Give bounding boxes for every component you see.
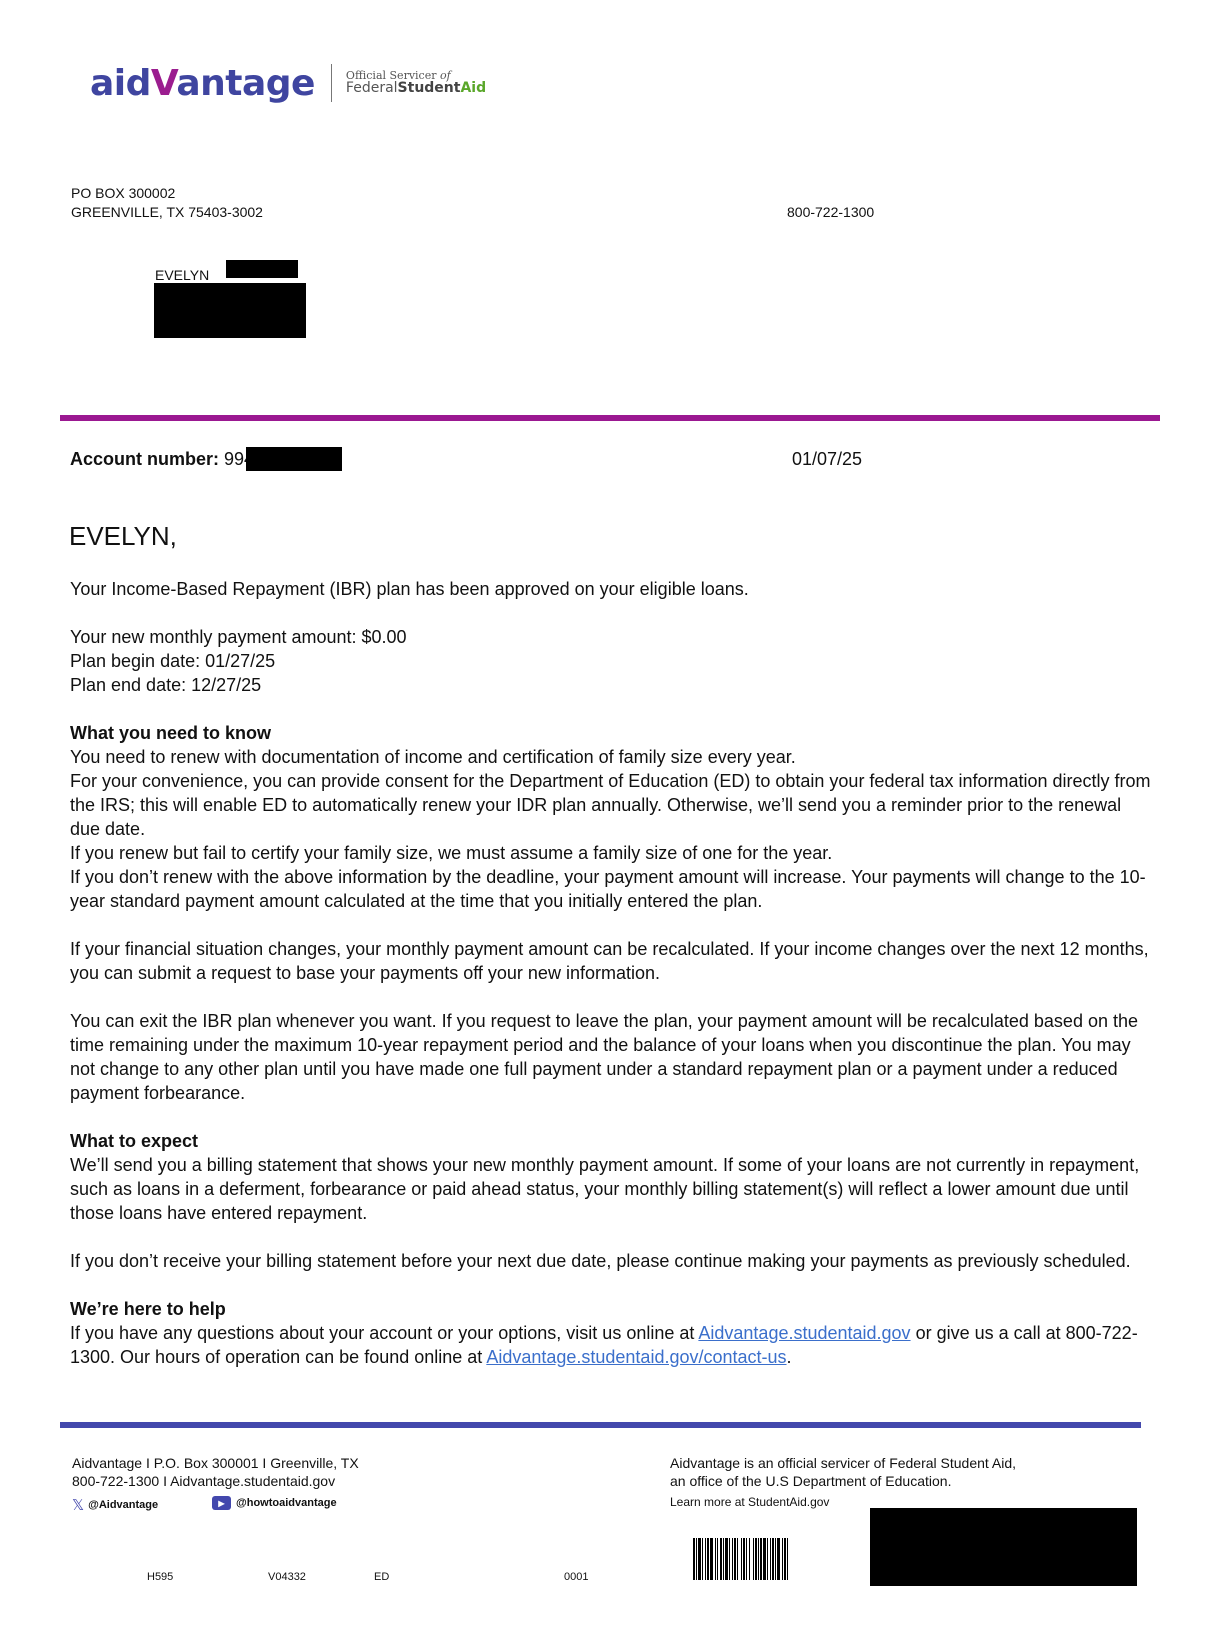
paragraph: If you don’t renew with the above inform…	[70, 865, 1155, 913]
address-line: PO BOX 300002	[71, 184, 263, 203]
return-address: PO BOX 300002 GREENVILLE, TX 75403-3002	[71, 184, 263, 222]
paragraph: We’ll send you a billing statement that …	[70, 1153, 1155, 1225]
redaction-block	[246, 447, 342, 471]
redaction-block	[154, 283, 306, 338]
logo-divider	[331, 64, 332, 102]
payment-amount: Your new monthly payment amount: $0.00	[70, 625, 1155, 649]
intro-text: Your Income-Based Repayment (IBR) plan h…	[70, 577, 1155, 601]
logo-wordmark: aidVantage	[90, 63, 315, 104]
paragraph: You can exit the IBR plan whenever you w…	[70, 1009, 1155, 1105]
plan-end-date: Plan end date: 12/27/25	[70, 673, 1155, 697]
footer-divider	[60, 1422, 1141, 1428]
section-heading: What you need to know	[70, 721, 1155, 745]
agency-code: ED	[374, 1571, 389, 1583]
section-heading: We’re here to help	[70, 1297, 1155, 1321]
footer-line: Aidvantage I P.O. Box 300001 I Greenvill…	[72, 1454, 359, 1472]
footer-line: Aidvantage is an official servicer of Fe…	[670, 1454, 1016, 1472]
sequence-code: 0001	[564, 1571, 588, 1583]
barcode	[693, 1538, 867, 1580]
aidvantage-logo: aidVantage Official Servicer of FederalS…	[90, 58, 486, 108]
paragraph: If you renew but fail to certify your fa…	[70, 841, 1155, 865]
paragraph: For your convenience, you can provide co…	[70, 769, 1155, 841]
social-youtube[interactable]: ▶ @howtoaidvantage	[212, 1496, 337, 1510]
redaction-block	[226, 260, 298, 278]
aidvantage-website-link[interactable]: Aidvantage.studentaid.gov	[698, 1323, 910, 1343]
redaction-block	[870, 1508, 1137, 1586]
address-line: GREENVILLE, TX 75403-3002	[71, 203, 263, 222]
phone-number: 800-722-1300	[787, 203, 874, 222]
help-paragraph: If you have any questions about your acc…	[70, 1321, 1155, 1369]
paragraph: If you don’t receive your billing statem…	[70, 1249, 1155, 1273]
paragraph: You need to renew with documentation of …	[70, 745, 1155, 769]
account-number: Account number: 994	[70, 449, 254, 470]
letter-body: Your Income-Based Repayment (IBR) plan h…	[70, 577, 1155, 1369]
official-servicer-note: Aidvantage is an official servicer of Fe…	[670, 1454, 1016, 1490]
footer-address: Aidvantage I P.O. Box 300001 I Greenvill…	[72, 1454, 359, 1490]
x-icon: 𝕏	[72, 1496, 84, 1514]
form-code: H595	[147, 1571, 173, 1583]
youtube-icon: ▶	[212, 1496, 231, 1510]
plan-begin-date: Plan begin date: 01/27/25	[70, 649, 1155, 673]
header-divider	[60, 415, 1160, 421]
paragraph: If your financial situation changes, you…	[70, 937, 1155, 985]
learn-more-text: Learn more at StudentAid.gov	[670, 1495, 829, 1509]
letter-date: 01/07/25	[792, 449, 862, 470]
version-code: V04332	[268, 1571, 306, 1583]
footer-line: an office of the U.S Department of Educa…	[670, 1472, 1016, 1490]
fsa-logo: Official Servicer of FederalStudentAid	[346, 70, 486, 96]
social-x[interactable]: 𝕏 @Aidvantage	[72, 1496, 158, 1514]
greeting: EVELYN,	[69, 521, 177, 552]
contact-us-link[interactable]: Aidvantage.studentaid.gov/contact-us	[486, 1347, 786, 1367]
section-heading: What to expect	[70, 1129, 1155, 1153]
footer-line: 800-722-1300 I Aidvantage.studentaid.gov	[72, 1472, 359, 1490]
